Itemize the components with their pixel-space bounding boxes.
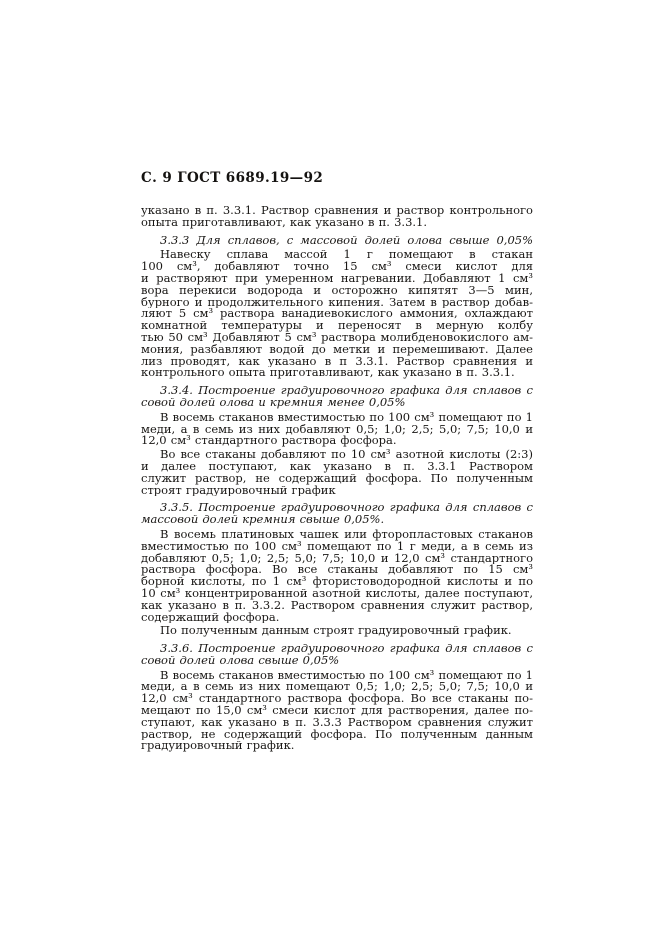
text-line: В восемь стаканов вместимостью по 100 см… bbox=[141, 412, 533, 424]
text-line: Навеску сплава массой 1 г помещают в ста… bbox=[141, 249, 533, 261]
text-line: вора перекиси водорода и осторожно кипят… bbox=[141, 285, 533, 297]
text-line: указано в п. 3.3.1. Раствор сравнения и … bbox=[141, 205, 533, 217]
text-line: В восемь стаканов вместимостью по 100 см… bbox=[141, 670, 533, 682]
text-line: как указано в п. 3.3.2. Раствором сравне… bbox=[141, 600, 533, 612]
text-line: тью 50 см³ Добавляют 5 см³ раствора моли… bbox=[141, 332, 533, 344]
paragraph: В восемь стаканов вместимостью по 100 см… bbox=[141, 670, 533, 753]
text-line: лиз проводят, как указано в п 3.3.1. Рас… bbox=[141, 356, 533, 368]
text-line: 3.3.3 Для сплавов, с массовой долей олов… bbox=[141, 235, 533, 247]
text-line: градуировочный график. bbox=[141, 740, 533, 752]
text-line: Во все стаканы добавляют по 10 см³ азотн… bbox=[141, 449, 533, 461]
text-line: строят градуировочный график bbox=[141, 485, 533, 497]
section-heading: 3.3.4. Построение градуировочного график… bbox=[141, 385, 533, 409]
text-line: раствор, не содержащий фосфора. По получ… bbox=[141, 729, 533, 741]
paragraph: указано в п. 3.3.1. Раствор сравнения и … bbox=[141, 205, 533, 229]
text-line: содержащий фосфора. bbox=[141, 612, 533, 624]
text-line: В восемь платиновых чашек или фторопласт… bbox=[141, 529, 533, 541]
text-line: добавляют 0,5; 1,0; 2,5; 5,0; 7,5; 10,0 … bbox=[141, 553, 533, 565]
paragraph: Во все стаканы добавляют по 10 см³ азотн… bbox=[141, 449, 533, 496]
text-line: 12,0 см³ стандартного раствора фосфора. bbox=[141, 435, 533, 447]
text-line: 3.3.6. Построение градуировочного график… bbox=[141, 643, 533, 655]
text-line: совой долей олова свыше 0,05% bbox=[141, 655, 533, 667]
text-line: По полученным данным строят градуировочн… bbox=[141, 625, 533, 637]
text-line: служит раствор, не содержащий фосфора. П… bbox=[141, 473, 533, 485]
paragraph: В восемь стаканов вместимостью по 100 см… bbox=[141, 412, 533, 447]
text-line: контрольного опыта приготавливают, как у… bbox=[141, 367, 533, 379]
section-heading: 3.3.5. Построение градуировочного график… bbox=[141, 502, 533, 526]
section-heading: 3.3.6. Построение градуировочного график… bbox=[141, 643, 533, 667]
text-line: мещают по 15,0 см³ смеси кислот для раст… bbox=[141, 705, 533, 717]
text-line: 3.3.5. Построение градуировочного график… bbox=[141, 502, 533, 514]
section-heading: 3.3.3 Для сплавов, с массовой долей олов… bbox=[141, 235, 533, 247]
text-line: бурного и продолжительного кипения. Зате… bbox=[141, 297, 533, 309]
text-line: 10 см³ концентрированной азотной кислоты… bbox=[141, 588, 533, 600]
text-line: раствора фосфора. Во все стаканы добавля… bbox=[141, 564, 533, 576]
text-line: массовой долей кремния свыше 0,05%. bbox=[141, 514, 533, 526]
paragraph: По полученным данным строят градуировочн… bbox=[141, 625, 533, 637]
page-header: С. 9 ГОСТ 6689.19—92 bbox=[141, 170, 533, 186]
text-line: совой долей олова и кремния менее 0,05% bbox=[141, 397, 533, 409]
text-line: мония, разбавляют водой до метки и перем… bbox=[141, 344, 533, 356]
paragraph: В восемь платиновых чашек или фторопласт… bbox=[141, 529, 533, 623]
text-line: опыта приготавливают, как указано в п. 3… bbox=[141, 217, 533, 229]
text-line: 12,0 см³ стандартного раствора фосфора. … bbox=[141, 693, 533, 705]
text-column: указано в п. 3.3.1. Раствор сравнения и … bbox=[141, 205, 533, 752]
text-column-wrapper: С. 9 ГОСТ 6689.19—92 указано в п. 3.3.1.… bbox=[141, 170, 533, 752]
paragraph: Навеску сплава массой 1 г помещают в ста… bbox=[141, 249, 533, 379]
text-line: ляют 5 см³ раствора ванадиевокислого амм… bbox=[141, 308, 533, 320]
text-line: вместимостью по 100 см³ помещают по 1 г … bbox=[141, 541, 533, 553]
text-line: меди, а в семь из них помещают 0,5; 1,0;… bbox=[141, 681, 533, 693]
text-line: комнатной температуры и переносят в мерн… bbox=[141, 320, 533, 332]
text-line: 3.3.4. Построение градуировочного график… bbox=[141, 385, 533, 397]
text-line: и растворяют при умеренном нагревании. Д… bbox=[141, 273, 533, 285]
text-line: ступают, как указано в п. 3.3.3 Растворо… bbox=[141, 717, 533, 729]
text-line: и далее поступают, как указано в п. 3.3.… bbox=[141, 461, 533, 473]
text-line: 100 см³, добавляют точно 15 см³ смеси ки… bbox=[141, 261, 533, 273]
document-page: С. 9 ГОСТ 6689.19—92 указано в п. 3.3.1.… bbox=[0, 0, 661, 935]
text-line: борной кислоты, по 1 см³ фтористоводород… bbox=[141, 576, 533, 588]
text-line: меди, а в семь из них добавляют 0,5; 1,0… bbox=[141, 424, 533, 436]
